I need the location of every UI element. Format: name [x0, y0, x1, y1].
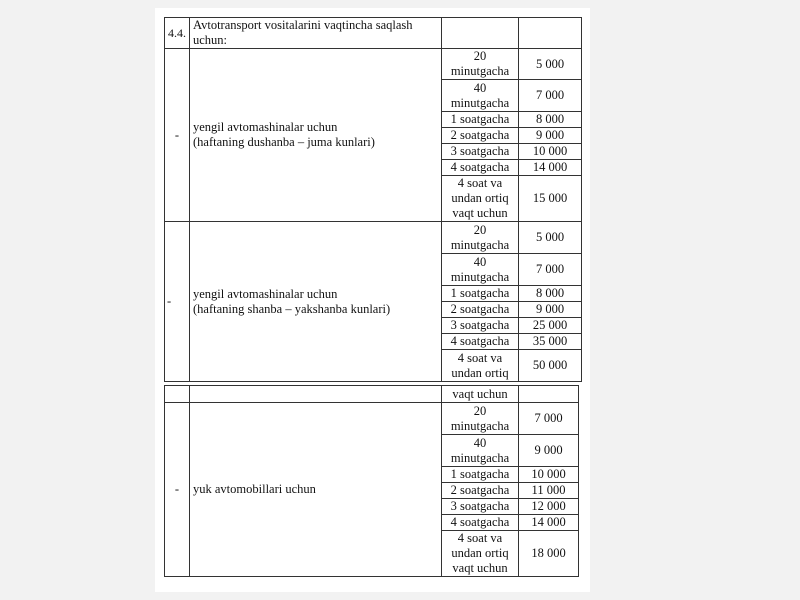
group-label-line2: (haftaning shanba – yakshanba kunlari): [193, 302, 390, 316]
duration-cell: 4 soatgacha: [442, 334, 519, 350]
duration-cell: 1 soatgacha: [442, 467, 519, 483]
duration-cell: 40 minutgacha: [442, 435, 519, 467]
group-label-weekend-cars: yengil avtomashinalar uchun (haftaning s…: [190, 222, 442, 382]
group-label-line1: yengil avtomashinalar uchun: [193, 120, 337, 134]
duration-cell: 4 soatgacha: [442, 160, 519, 176]
price-cell: 5 000: [519, 222, 582, 254]
price-cell: 14 000: [519, 515, 579, 531]
empty-cell: [519, 18, 582, 49]
duration-cell: 3 soatgacha: [442, 499, 519, 515]
price-cell: 7 000: [519, 254, 582, 286]
price-cell: 7 000: [519, 403, 579, 435]
duration-cell: 4 soat va undan ortiq vaqt uchun: [442, 531, 519, 577]
duration-cell: 2 soatgacha: [442, 302, 519, 318]
group-marker: -: [165, 49, 190, 222]
price-cell: 8 000: [519, 112, 582, 128]
price-cell: 12 000: [519, 499, 579, 515]
section-title: Avtotransport vositalarini vaqtincha saq…: [190, 18, 442, 49]
continuation-row: vaqt uchun: [165, 386, 579, 403]
price-cell: 5 000: [519, 49, 582, 80]
table-row: - yuk avtomobillari uchun 20 minutgacha …: [165, 403, 579, 435]
price-cell: 50 000: [519, 350, 582, 382]
price-cell: 15 000: [519, 176, 582, 222]
duration-cell: 3 soatgacha: [442, 144, 519, 160]
duration-cell: 20 minutgacha: [442, 403, 519, 435]
price-cell: 35 000: [519, 334, 582, 350]
group-label-weekday-cars: yengil avtomashinalar uchun (haftaning d…: [190, 49, 442, 222]
duration-cell: 2 soatgacha: [442, 128, 519, 144]
duration-cell: 4 soat va undan ortiq: [442, 350, 519, 382]
empty-cell: [190, 386, 442, 403]
duration-cell: 20 minutgacha: [442, 222, 519, 254]
section-header-row: 4.4. Avtotransport vositalarini vaqtinch…: [165, 18, 582, 49]
price-cell: 10 000: [519, 144, 582, 160]
table-row: - yengil avtomashinalar uchun (haftaning…: [165, 49, 582, 80]
price-cell: 11 000: [519, 483, 579, 499]
section-number: 4.4.: [165, 18, 190, 49]
price-cell: 14 000: [519, 160, 582, 176]
duration-continuation: vaqt uchun: [442, 386, 519, 403]
price-cell: 8 000: [519, 286, 582, 302]
group-marker: -: [165, 222, 190, 382]
duration-cell: 3 soatgacha: [442, 318, 519, 334]
empty-cell: [442, 18, 519, 49]
price-cell: 10 000: [519, 467, 579, 483]
tariff-table-part-2: vaqt uchun - yuk avtomobillari uchun 20 …: [164, 385, 579, 577]
group-label-line1: yengil avtomashinalar uchun: [193, 287, 337, 301]
price-cell: 9 000: [519, 435, 579, 467]
price-cell: 9 000: [519, 128, 582, 144]
empty-cell: [519, 386, 579, 403]
duration-cell: 4 soatgacha: [442, 515, 519, 531]
duration-cell: 1 soatgacha: [442, 286, 519, 302]
group-label-line2: (haftaning dushanba – juma kunlari): [193, 135, 375, 149]
duration-cell: 40 minutgacha: [442, 254, 519, 286]
duration-cell: 2 soatgacha: [442, 483, 519, 499]
price-cell: 7 000: [519, 80, 582, 112]
empty-cell: [165, 386, 190, 403]
duration-cell: 40 minutgacha: [442, 80, 519, 112]
group-marker: -: [165, 403, 190, 577]
price-cell: 9 000: [519, 302, 582, 318]
duration-cell: 4 soat va undan ortiq vaqt uchun: [442, 176, 519, 222]
duration-cell: 1 soatgacha: [442, 112, 519, 128]
price-cell: 25 000: [519, 318, 582, 334]
table-row: - yengil avtomashinalar uchun (haftaning…: [165, 222, 582, 254]
group-label-trucks: yuk avtomobillari uchun: [190, 403, 442, 577]
price-cell: 18 000: [519, 531, 579, 577]
tariff-table-part-1: 4.4. Avtotransport vositalarini vaqtinch…: [164, 17, 582, 382]
duration-cell: 20 minutgacha: [442, 49, 519, 80]
